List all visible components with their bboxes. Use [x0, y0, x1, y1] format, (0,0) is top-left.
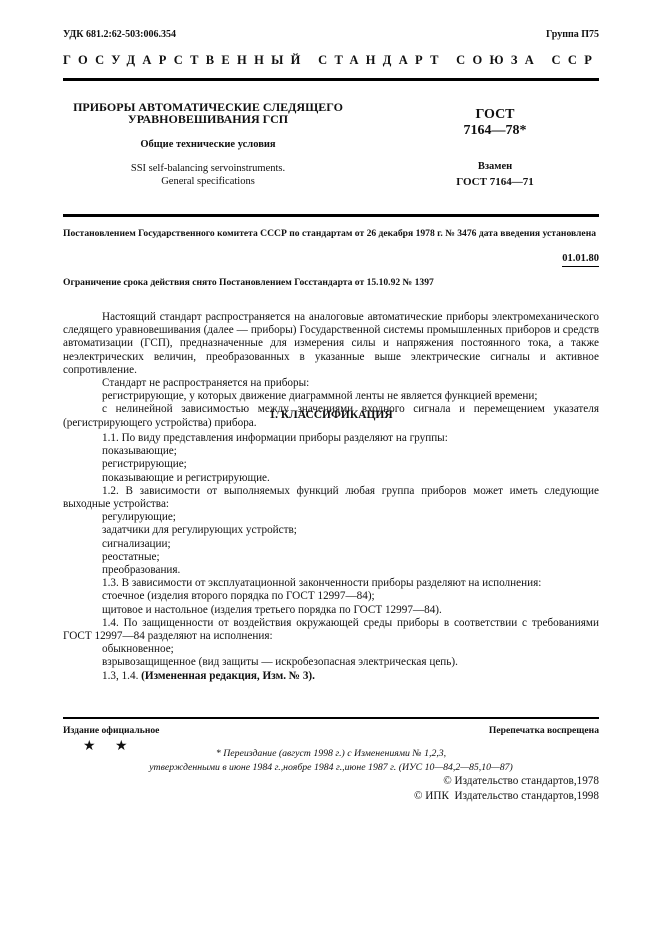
list-item: показывающие;	[63, 445, 599, 458]
list-item: преобразования.	[63, 564, 599, 577]
decree-text: Постановлением Государственного комитета…	[63, 228, 599, 240]
list-item: стоечное (изделия второго порядка по ГОС…	[63, 590, 599, 603]
list-item: 1.1. По виду представления информации пр…	[63, 432, 599, 445]
footnote-line-2: утвержденными в июне 1984 г.,ноябре 1984…	[63, 761, 599, 775]
header-rule	[63, 78, 599, 81]
intro-paragraph-2: Стандарт не распространяется на приборы:	[63, 377, 599, 390]
amendment-bold: (Измененная редакция, Изм. № 3).	[141, 670, 315, 682]
footer-rule	[63, 717, 599, 719]
introduction-date: 01.01.80	[562, 253, 599, 267]
title-block: ПРИБОРЫ АВТОМАТИЧЕСКИЕ СЛЕДЯЩЕГО УРАВНОВ…	[63, 101, 353, 188]
document-page: УДК 681.2:62-503:006.354 Группа П75 ГОСУ…	[63, 0, 599, 936]
list-item: 1.3. В зависимости от эксплуатационной з…	[63, 577, 599, 590]
list-item: 1.2. В зависимости от выполняемых функци…	[63, 485, 599, 511]
classification-section: 1.1. По виду представления информации пр…	[63, 432, 599, 683]
replaces-value: ГОСТ 7164—71	[435, 176, 555, 188]
validity-limit-note: Ограничение срока действия снято Постано…	[63, 277, 434, 288]
udk-code: УДК 681.2:62-503:006.354	[63, 29, 176, 40]
amendment-note: 1.3, 1.4. (Измененная редакция, Изм. № 3…	[63, 670, 599, 683]
english-title: SSI self-balancing servoinstruments. Gen…	[63, 162, 353, 188]
list-item: щитовое и настольное (изделия третьего п…	[63, 604, 599, 617]
replaces-label: Взамен	[435, 161, 555, 172]
copyright-1978: © Издательство стандартов,1978	[443, 774, 599, 788]
list-item: реостатные;	[63, 551, 599, 564]
gost-block: ГОСТ 7164—78* Взамен ГОСТ 7164—71	[435, 107, 555, 188]
section-heading: 1. КЛАССИФИКАЦИЯ	[63, 409, 599, 421]
list-item: регулирующие;	[63, 511, 599, 524]
group-code: Группа П75	[546, 29, 599, 40]
standard-banner: ГОСУДАРСТВЕННЫЙ СТАНДАРТ СОЮЗА ССР	[63, 53, 599, 68]
gost-label: ГОСТ	[435, 107, 555, 123]
reprint-prohibited-label: Перепечатка воспрещена	[489, 725, 599, 736]
official-edition-label: Издание официальное	[63, 725, 159, 736]
list-item: задатчики для регулирующих устройств;	[63, 524, 599, 537]
gost-number: 7164—78*	[435, 123, 555, 139]
list-item: обыкновенное;	[63, 643, 599, 656]
english-title-line-1: SSI self-balancing servoinstruments.	[63, 162, 353, 175]
english-title-line-2: General specifications	[63, 175, 353, 188]
footnote-line-1: * Переиздание (август 1998 г.) с Изменен…	[63, 747, 599, 761]
intro-paragraph-3: регистрирующие, у которых движение диагр…	[63, 390, 599, 403]
reissue-footnote: * Переиздание (август 1998 г.) с Изменен…	[63, 747, 599, 775]
list-item: сигнализации;	[63, 538, 599, 551]
list-item: регистрирующие;	[63, 458, 599, 471]
list-item: взрывозащищенное (вид защиты — искробезо…	[63, 656, 599, 669]
subtitle: Общие технические условия	[63, 139, 353, 150]
title-rule	[63, 214, 599, 217]
intro-paragraph-1: Настоящий стандарт распространяется на а…	[63, 311, 599, 377]
list-item: 1.4. По защищенности от воздействия окру…	[63, 617, 599, 643]
list-item: показывающие и регистрирующие.	[63, 472, 599, 485]
copyright-1998: © ИПК Издательство стандартов,1998	[414, 789, 599, 803]
title-line-2: УРАВНОВЕШИВАНИЯ ГСП	[63, 113, 353, 125]
amendment-prefix: 1.3, 1.4.	[102, 670, 141, 682]
